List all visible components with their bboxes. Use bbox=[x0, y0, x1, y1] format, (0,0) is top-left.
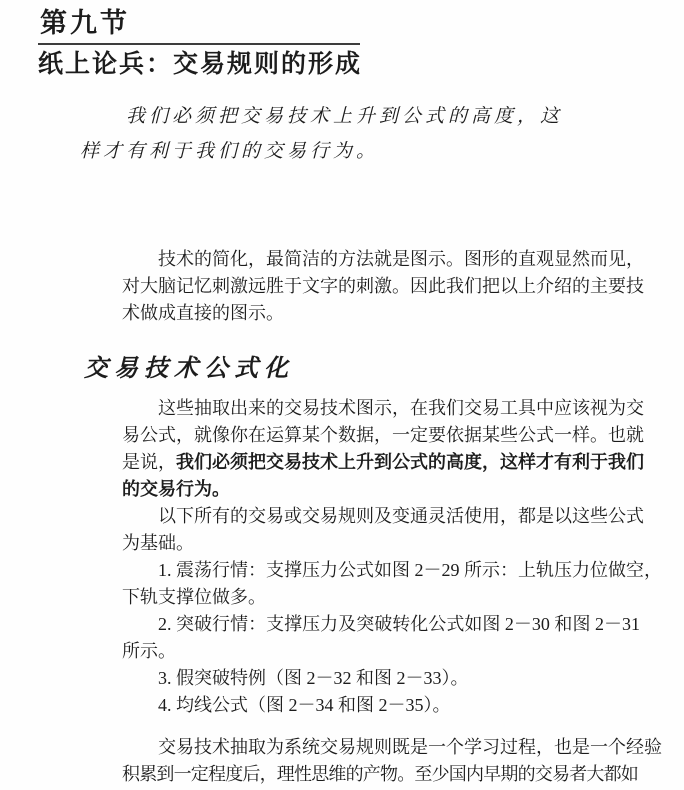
paragraph-line: 对大脑记忆刺激远胜于文字的刺激。因此我们把以上介绍的主要技 bbox=[122, 273, 640, 300]
section-heading: 交易技术公式化 bbox=[84, 349, 684, 387]
formula-paragraph: 这些抽取出来的交易技术图示，在我们交易工具中应该视为交 易公式，就像你在运算某个… bbox=[122, 395, 640, 503]
paragraph-line: 交易技术抽取为系统交易规则既是一个学习过程，也是一个经验 bbox=[122, 734, 640, 761]
list-item-line: 下轨支撑位做多。 bbox=[122, 584, 640, 611]
header-rule bbox=[38, 43, 360, 45]
paragraph-line: 为基础。 bbox=[122, 530, 640, 557]
paragraph-text: 是说， bbox=[122, 452, 176, 472]
trade-rule-item-3: 3. 假突破特例（图 2－32 和图 2－33）。 bbox=[122, 665, 640, 692]
chapter-title: 纸上论兵：交易规则的形成 bbox=[38, 48, 684, 80]
paragraph-line: 积累到一定程度后，理性思维的产物。至少国内早期的交易者大都如 bbox=[122, 761, 640, 788]
paragraph-line: 易公式，就像你在运算某个数据，一定要依据某些公式一样。也就 bbox=[122, 422, 640, 449]
epigraph-line: 我们必须把交易技术上升到公式的高度，这 bbox=[80, 99, 567, 134]
epigraph-quote: 我们必须把交易技术上升到公式的高度，这 样才有利于我们的交易行为。 bbox=[80, 99, 567, 169]
list-item-line: 所示。 bbox=[122, 638, 640, 665]
closing-paragraph: 交易技术抽取为系统交易规则既是一个学习过程，也是一个经验 积累到一定程度后，理性… bbox=[122, 734, 640, 788]
section-number: 第九节 bbox=[40, 8, 684, 38]
trade-rule-item-4: 4. 均线公式（图 2－34 和图 2－35）。 bbox=[122, 692, 640, 719]
emphasis-bold: 的交易行为。 bbox=[122, 476, 640, 503]
basis-paragraph: 以下所有的交易或交易规则及变通灵活使用，都是以这些公式 为基础。 bbox=[122, 503, 640, 557]
book-page: 第九节 纸上论兵：交易规则的形成 我们必须把交易技术上升到公式的高度，这 样才有… bbox=[0, 0, 684, 790]
list-item-line: 2. 突破行情：支撑压力及突破转化公式如图 2－30 和图 2－31 bbox=[122, 611, 640, 638]
paragraph-line: 以下所有的交易或交易规则及变通灵活使用，都是以这些公式 bbox=[122, 503, 640, 530]
emphasis-bold: 我们必须把交易技术上升到公式的高度，这样才有利于我们 bbox=[176, 452, 644, 472]
epigraph-line: 样才有利于我们的交易行为。 bbox=[80, 134, 567, 169]
list-item-line: 4. 均线公式（图 2－34 和图 2－35）。 bbox=[122, 692, 640, 719]
trade-rule-item-2: 2. 突破行情：支撑压力及突破转化公式如图 2－30 和图 2－31 所示。 bbox=[122, 611, 640, 665]
paragraph-line: 技术的简化，最简洁的方法就是图示。图形的直观显然而见， bbox=[122, 246, 640, 273]
list-item-line: 3. 假突破特例（图 2－32 和图 2－33）。 bbox=[122, 665, 640, 692]
paragraph-line: 这些抽取出来的交易技术图示，在我们交易工具中应该视为交 bbox=[122, 395, 640, 422]
page-header: 第九节 纸上论兵：交易规则的形成 bbox=[0, 8, 684, 80]
trade-rule-item-1: 1. 震荡行情：支撑压力公式如图 2－29 所示：上轨压力位做空， 下轨支撑位做… bbox=[122, 557, 640, 611]
list-item-line: 1. 震荡行情：支撑压力公式如图 2－29 所示：上轨压力位做空， bbox=[122, 557, 640, 584]
paragraph-line: 术做成直接的图示。 bbox=[122, 300, 640, 327]
intro-paragraph: 技术的简化，最简洁的方法就是图示。图形的直观显然而见， 对大脑记忆刺激远胜于文字… bbox=[122, 246, 640, 327]
paragraph-line: 是说，我们必须把交易技术上升到公式的高度，这样才有利于我们 bbox=[122, 449, 640, 476]
